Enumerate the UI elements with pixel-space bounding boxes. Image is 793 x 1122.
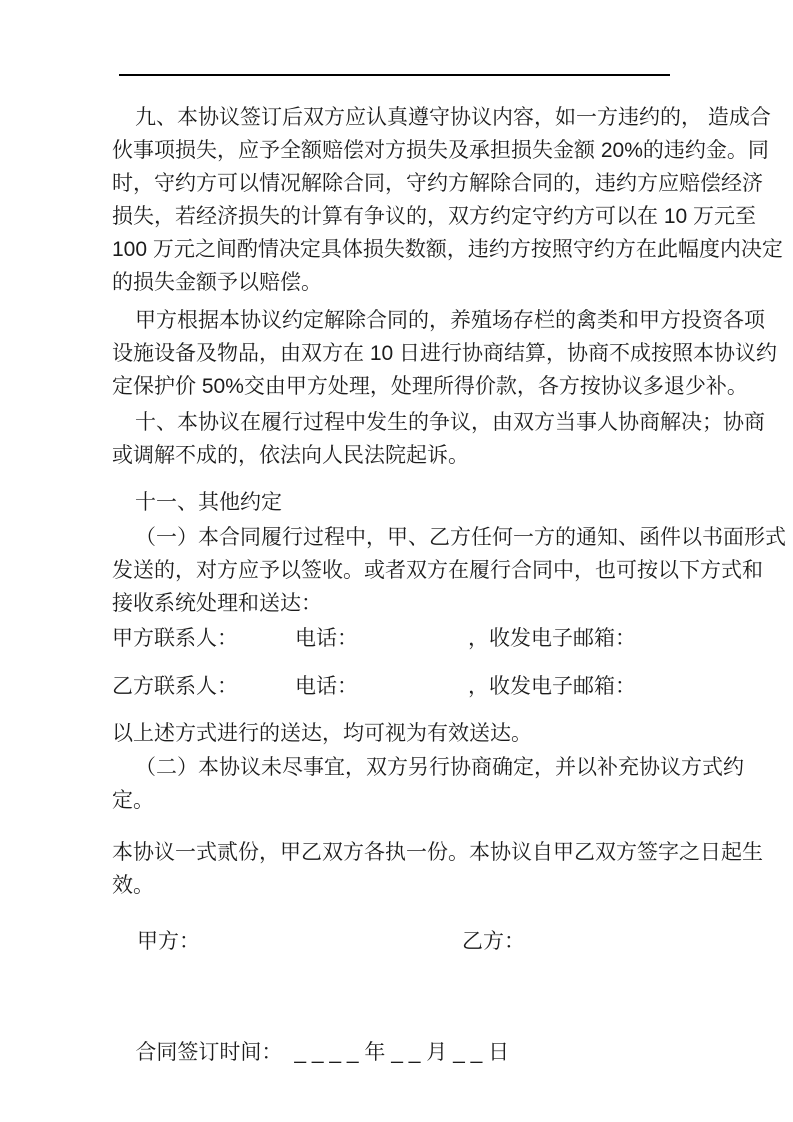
phone-label: 电话： [295, 670, 358, 703]
email-label: ，收发电子邮箱： [468, 622, 636, 655]
text-line: 九、本协议签订后双方应认真遵守协议内容，如一方违约的， 造成合 [112, 101, 712, 134]
text-line: 或调解不成的，依法向人民法院起诉。 [112, 439, 712, 472]
party-b-contact-label: 乙方联系人： [112, 670, 238, 703]
text-line: 本协议一式贰份，甲乙双方各执一份。本协议自甲乙双方签字之日起生 [112, 836, 712, 869]
delivery-validity-paragraph: 以上述方式进行的送达，均可视为有效送达。 [112, 717, 712, 750]
phone-label: 电话： [295, 622, 358, 655]
text-line: 100 万元之间酌情决定具体损失数额，违约方按照守约方在此幅度内决定 [112, 233, 712, 266]
sign-date-blanks: _ _ _ _ 年 _ _ 月 _ _ 日 [282, 1041, 509, 1064]
party-a-signature-label: 甲方： [137, 925, 200, 958]
clause-9-paragraph: 九、本协议签订后双方应认真遵守协议内容，如一方违约的， 造成合 伙事项损失，应予… [112, 101, 712, 299]
party-a-contact-label: 甲方联系人： [112, 622, 238, 655]
clause-11-heading: 十一、其他约定 [112, 486, 712, 519]
clause-10-paragraph: 十、本协议在履行过程中发生的争议，由双方当事人协商解决；协商 或调解不成的，依法… [112, 406, 712, 472]
text-line: 定保护价 50%交由甲方处理，处理所得价款，各方按协议多退少补。 [112, 370, 712, 403]
text-line: 定。 [112, 784, 712, 817]
clause-11-item-2-paragraph: （二）本协议未尽事宜，双方另行协商确定，并以补充协议方式约 定。 [112, 751, 712, 817]
text-line: （二）本协议未尽事宜，双方另行协商确定，并以补充协议方式约 [112, 751, 712, 784]
text-line: 接收系统处理和送达： [112, 587, 712, 620]
party-b-contact-row: 乙方联系人： 电话： ，收发电子邮箱： [112, 670, 712, 703]
clause-11-item-1-paragraph: （一）本合同履行过程中，甲、乙方任何一方的通知、函件以书面形式 发送的，对方应予… [112, 521, 712, 620]
text-line: 设施设备及物品，由双方在 10 日进行协商结算，协商不成按照本协议约 [112, 337, 712, 370]
header-rule [119, 74, 670, 76]
text-line: 效。 [112, 869, 712, 902]
text-line: 损失，若经济损失的计算有争议的，双方约定守约方可以在 10 万元至 [112, 200, 712, 233]
termination-settlement-paragraph: 甲方根据本协议约定解除合同的，养殖场存栏的禽类和甲方投资各项 设施设备及物品，由… [112, 304, 712, 403]
signature-row: 甲方： 乙方： [112, 925, 712, 958]
text-line: 伙事项损失，应予全额赔偿对方损失及承担损失金额 20%的违约金。同 [112, 134, 712, 167]
text-line: （一）本合同履行过程中，甲、乙方任何一方的通知、函件以书面形式 [112, 521, 712, 554]
text-line: 时，守约方可以情况解除合同，守约方解除合同的，违约方应赔偿经济 [112, 167, 712, 200]
text-line: 发送的，对方应予以签收。或者双方在履行合同中，也可按以下方式和 [112, 554, 712, 587]
text-line: 甲方根据本协议约定解除合同的，养殖场存栏的禽类和甲方投资各项 [112, 304, 712, 337]
party-b-signature-label: 乙方： [462, 925, 525, 958]
party-a-contact-row: 甲方联系人： 电话： ，收发电子邮箱： [112, 622, 712, 655]
text-line: 以上述方式进行的送达，均可视为有效送达。 [112, 717, 712, 750]
text-line: 十一、其他约定 [112, 486, 712, 519]
counterparts-paragraph: 本协议一式贰份，甲乙双方各执一份。本协议自甲乙双方签字之日起生 效。 [112, 836, 712, 902]
sign-date-row: 合同签订时间：_ _ _ _ 年 _ _ 月 _ _ 日 [112, 1003, 712, 1036]
document-page: 九、本协议签订后双方应认真遵守协议内容，如一方违约的， 造成合 伙事项损失，应予… [0, 0, 793, 1122]
text-line: 的损失金额予以赔偿。 [112, 266, 712, 299]
email-label: ，收发电子邮箱： [468, 670, 636, 703]
text-line: 十、本协议在履行过程中发生的争议，由双方当事人协商解决；协商 [112, 406, 712, 439]
sign-date-label: 合同签订时间： [135, 1041, 282, 1064]
